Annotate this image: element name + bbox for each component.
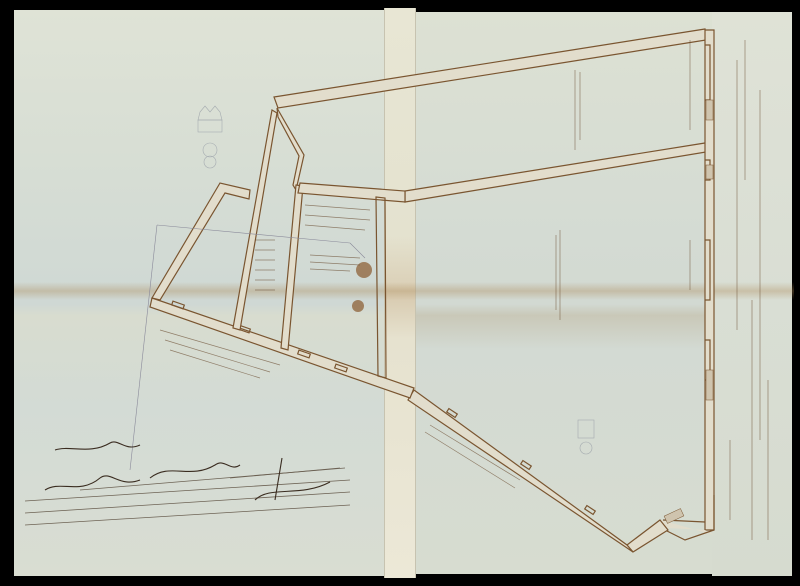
spike-wall-left bbox=[233, 110, 277, 330]
diagonal-wall bbox=[408, 390, 633, 552]
signature-1 bbox=[45, 476, 140, 490]
crest-watermark-center bbox=[578, 420, 594, 454]
bottom-right-wall bbox=[627, 495, 714, 552]
signature-3 bbox=[150, 463, 240, 478]
crest-watermark bbox=[198, 106, 222, 168]
signature-2 bbox=[55, 442, 140, 450]
left-outer-wall bbox=[152, 183, 250, 300]
spike-wall-right bbox=[277, 108, 304, 350]
map-canvas bbox=[0, 0, 800, 586]
plan-drawing bbox=[0, 0, 800, 586]
attestation-text-block bbox=[25, 468, 350, 525]
middle-wall bbox=[405, 143, 706, 202]
cross-wall bbox=[298, 183, 405, 378]
ink-stain bbox=[352, 262, 372, 312]
signatures bbox=[45, 442, 330, 500]
cursive-annotations bbox=[160, 40, 768, 540]
top-wall bbox=[274, 29, 706, 108]
